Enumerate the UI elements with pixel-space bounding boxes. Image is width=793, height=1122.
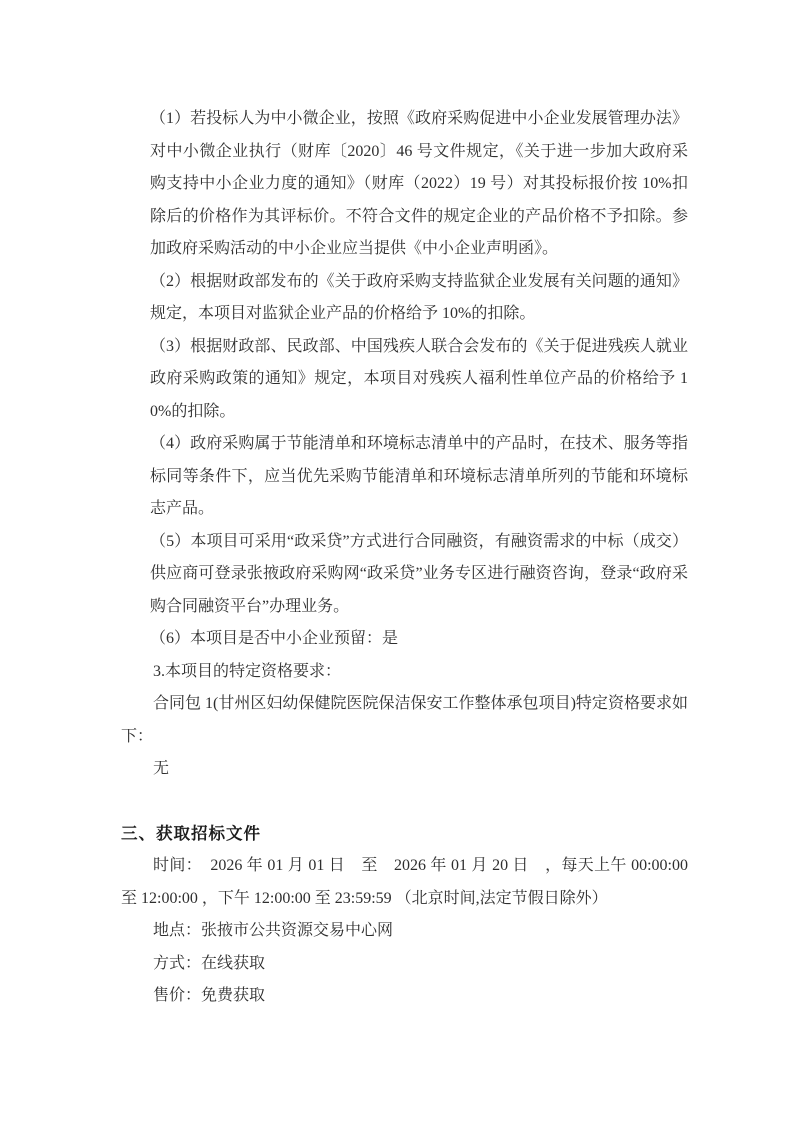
- obtain-time-line: 时间： 2026 年 01 月 01 日 至 2026 年 01 月 20 日 …: [121, 850, 688, 915]
- document-page: （1）若投标人为中小微企业，按照《政府采购促进中小企业发展管理办法》对中小微企业…: [0, 0, 793, 1122]
- qualification-heading: 3.本项目的特定资格要求：: [121, 656, 688, 689]
- section-heading-obtain-bidding-documents: 三、获取招标文件: [121, 818, 688, 851]
- policy-paragraph-4: （4）政府采购属于节能清单和环境标志清单中的产品时，在技术、服务等指标同等条件下…: [150, 428, 688, 526]
- policy-paragraph-3: （3）根据财政部、民政部、中国残疾人联合会发布的《关于促进残疾人就业政府采购政策…: [150, 331, 688, 429]
- policy-paragraph-6: （6）本项目是否中小企业预留：是: [150, 623, 688, 656]
- obtain-price-line: 售价：免费获取: [121, 980, 688, 1013]
- policy-paragraph-1: （1）若投标人为中小微企业，按照《政府采购促进中小企业发展管理办法》对中小微企业…: [150, 103, 688, 266]
- qualification-value: 无: [121, 753, 688, 786]
- document-content: （1）若投标人为中小微企业，按照《政府采购促进中小企业发展管理办法》对中小微企业…: [0, 0, 793, 1013]
- qualification-package-line: 合同包 1(甘州区妇幼保健院医院保洁保安工作整体承包项目)特定资格要求如下：: [121, 688, 688, 753]
- policy-paragraph-5: （5）本项目可采用“政采贷”方式进行合同融资，有融资需求的中标（成交）供应商可登…: [150, 526, 688, 624]
- obtain-method-line: 方式：在线获取: [121, 948, 688, 981]
- policy-paragraph-2: （2）根据财政部发布的《关于政府采购支持监狱企业发展有关问题的通知》规定，本项目…: [150, 266, 688, 331]
- obtain-location-line: 地点：张掖市公共资源交易中心网: [121, 915, 688, 948]
